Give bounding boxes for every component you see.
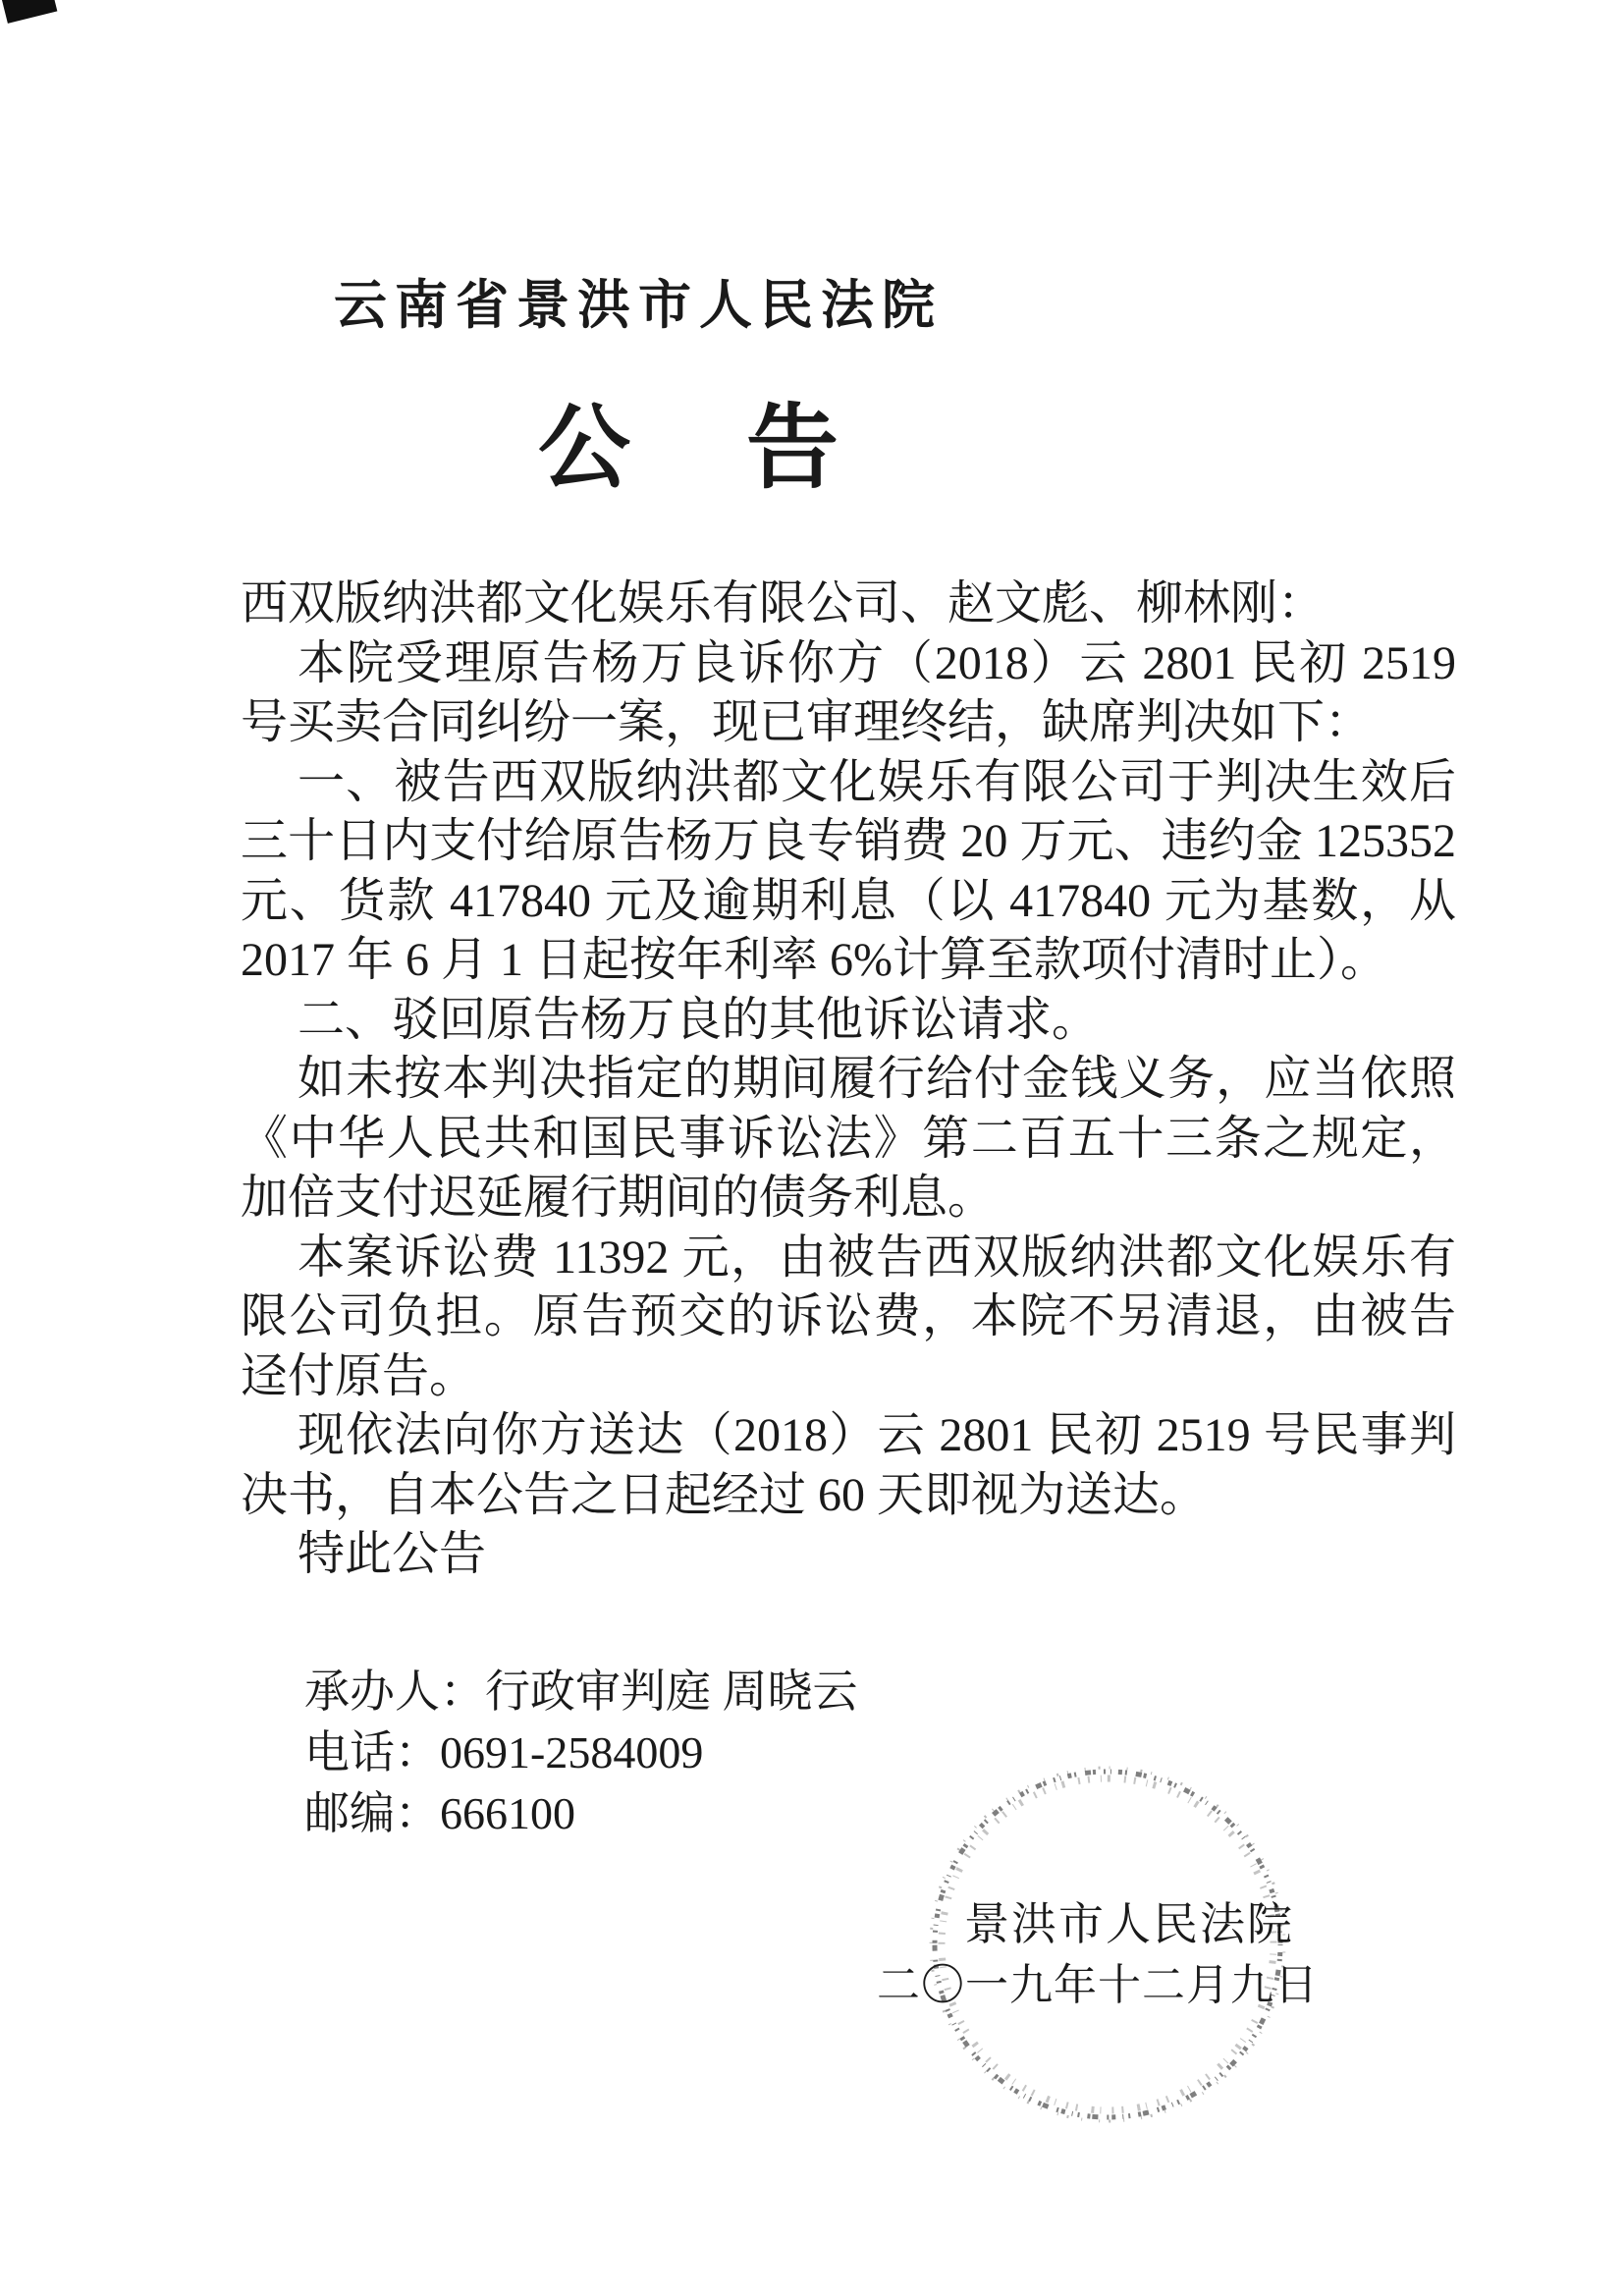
notice-paragraph: 二、驳回原告杨万良的其他诉讼请求。 [241,991,1456,1051]
contact-postcode-value: 666100 [440,1788,575,1838]
notice-title: 公告 [0,399,1377,500]
signature-court-name: 景洪市人民法院 [964,1897,1294,1951]
court-title: 云南省景洪市人民法院 [0,277,1269,335]
contact-postcode-line: 邮编：666100 [304,1783,858,1844]
notice-page: 云南省景洪市人民法院 公告 西双版纳洪都文化娱乐有限公司、赵文彪、柳林刚：本院受… [0,0,1624,2296]
contact-block: 承办人：行政审判庭 周晓云 电话：0691-2584009 邮编：666100 [304,1662,858,1844]
contact-handler-line: 承办人：行政审判庭 周晓云 [304,1662,858,1722]
scan-artifact-mark [2,0,58,24]
notice-paragraph: 一、被告西双版纳洪都文化娱乐有限公司于判决生效后三十日内支付给原告杨万良专销费 … [241,753,1456,991]
notice-paragraph: 西双版纳洪都文化娱乐有限公司、赵文彪、柳林刚： [241,574,1456,634]
contact-phone-line: 电话：0691-2584009 [304,1722,858,1783]
notice-paragraph: 本案诉讼费 11392 元，由被告西双版纳洪都文化娱乐有限公司负担。原告预交的诉… [241,1229,1456,1407]
contact-handler-label: 承办人： [304,1667,485,1717]
notice-paragraph: 现依法向你方送达（2018）云 2801 民初 2519 号民事判决书，自本公告… [241,1406,1456,1525]
contact-phone-label: 电话： [304,1727,440,1777]
notice-paragraph: 特此公告 [241,1525,1456,1585]
notice-paragraph: 本院受理原告杨万良诉你方（2018）云 2801 民初 2519 号买卖合同纠纷… [241,634,1456,753]
contact-postcode-label: 邮编： [304,1788,440,1838]
notice-paragraph: 如未按本判决指定的期间履行给付金钱义务，应当依照《中华人民共和国民事诉讼法》第二… [241,1050,1456,1229]
signature-date: 二〇一九年十二月九日 [877,1960,1319,2012]
contact-handler-value: 行政审判庭 周晓云 [485,1667,858,1717]
contact-phone-value: 0691-2584009 [440,1727,703,1777]
notice-body: 西双版纳洪都文化娱乐有限公司、赵文彪、柳林刚：本院受理原告杨万良诉你方（2018… [241,574,1456,1585]
